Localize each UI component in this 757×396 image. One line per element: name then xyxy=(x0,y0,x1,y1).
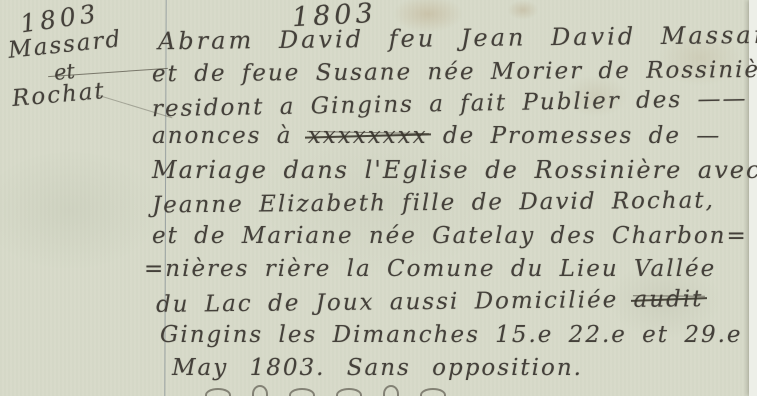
next-entry-partial-strokes xyxy=(205,388,462,396)
handwritten-text: du Lac de Joux aussi Domiciliée xyxy=(156,287,634,318)
handwritten-text: May 1803. Sans opposition. xyxy=(172,355,583,381)
handwritten-text: Mariage dans l'Eglise de Rossinière avec… xyxy=(152,156,757,184)
struck-out-text: xxxxxxxx xyxy=(308,123,428,149)
handwritten-text: Abram David feu Jean David Massard xyxy=(158,21,757,56)
ink-stroke xyxy=(252,385,268,396)
entry-line: May 1803. Sans opposition. xyxy=(172,355,583,381)
ink-stroke xyxy=(336,388,362,396)
handwritten-text: de Promesses de — xyxy=(428,123,722,149)
entry-line: du Lac de Joux aussi Domiciliée audit xyxy=(156,286,704,318)
entry-line: anonces à xxxxxxxx de Promesses de — xyxy=(152,123,721,149)
entry-line: Mariage dans l'Eglise de Rossinière avec… xyxy=(152,156,757,184)
ink-stroke xyxy=(420,388,446,396)
entry-line: Gingins les Dimanches 15.e 22.e et 29.e … xyxy=(160,322,757,348)
entry-line: et de Mariane née Gatelay des Charbon= xyxy=(152,223,748,249)
handwritten-text: residont a Gingins a fait Publier des —— xyxy=(152,86,748,122)
ink-stroke xyxy=(383,385,399,396)
handwritten-text: Gingins les Dimanches 15.e 22.e et 29.e … xyxy=(160,322,757,348)
ink-stroke xyxy=(289,388,315,396)
handwritten-text: =nières rière la Comune du Lieu Vallée xyxy=(144,256,716,282)
manuscript-page: 1803 Massard et Rochat 1803 Abram David … xyxy=(0,0,757,396)
handwritten-text: et de Mariane née Gatelay des Charbon= xyxy=(152,223,748,249)
entry-line: et de feue Susane née Morier de Rossiniè… xyxy=(152,57,757,87)
entry-line: =nières rière la Comune du Lieu Vallée xyxy=(144,256,716,282)
handwritten-text: et de feue Susane née Morier de Rossiniè… xyxy=(152,57,757,87)
handwritten-text: anonces à xyxy=(152,123,308,149)
margin-family-name-bride: Rochat xyxy=(11,78,107,112)
entry-line: Jeanne Elizabeth fille de David Rochat, xyxy=(152,188,715,219)
ink-stroke xyxy=(205,388,231,396)
struck-out-text: audit xyxy=(633,286,703,313)
entry-line: Abram David feu Jean David Massard xyxy=(158,21,757,56)
entry-line: residont a Gingins a fait Publier des —— xyxy=(152,86,748,122)
handwritten-text: Jeanne Elizabeth fille de David Rochat, xyxy=(152,188,715,219)
